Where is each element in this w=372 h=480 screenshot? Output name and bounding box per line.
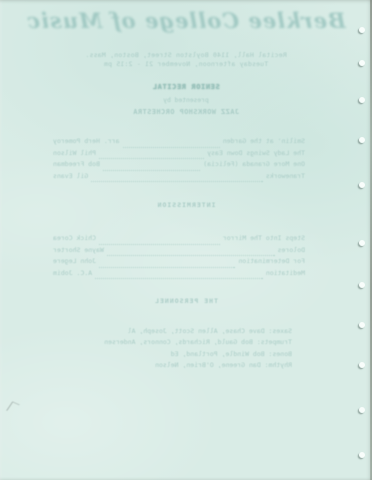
punch-hole — [359, 27, 365, 33]
masthead-bleedthrough: Berklee College of Music — [0, 9, 372, 33]
personnel-line: Rhythm: Dan Greene, O'Brien, Nelson — [82, 360, 292, 371]
punch-hole — [359, 322, 365, 328]
composer-name: Wayne Shorter — [53, 245, 104, 257]
piece-title: Steps Into The Mirror — [223, 233, 305, 245]
punch-hole — [359, 182, 365, 188]
title-line-3: JAZZ WORKSHOP ORCHESTRA — [0, 108, 372, 116]
program-row: Smilin' at the Garden arr. Herb Pomeroy — [53, 136, 305, 148]
title-line-2: presented by — [0, 97, 372, 104]
title-block: SENIOR RECITAL presented by JAZZ WORKSHO… — [0, 83, 372, 116]
program-second-half: Steps Into The Mirror Chick Corea Dolore… — [53, 233, 305, 279]
punch-hole — [359, 452, 365, 458]
program-first-half: Smilin' at the Garden arr. Herb Pomeroy … — [53, 136, 305, 182]
scanned-page: Berklee College of Music Recital Hall, 1… — [0, 0, 372, 480]
composer-name: Phil Wilson — [53, 148, 96, 160]
composer-name: John Legere — [53, 256, 96, 268]
personnel-block: Saxes: Dave Chase, Allen Scott, Joseph, … — [82, 326, 292, 372]
composer-name: Chick Corea — [53, 233, 96, 245]
personnel-line: Saxes: Dave Chase, Allen Scott, Joseph, … — [82, 326, 292, 337]
personnel-heading: THE PERSONNEL — [0, 297, 372, 305]
program-row: Traneworks Gil Evans — [53, 171, 305, 183]
piece-title: Traneworks — [266, 171, 305, 183]
piece-title: For Determination — [238, 256, 305, 268]
piece-title: Dolores — [278, 245, 305, 257]
program-row: Dolores Wayne Shorter — [53, 245, 305, 257]
punch-hole — [359, 240, 365, 246]
title-line-1: SENIOR RECITAL — [0, 83, 372, 91]
punch-hole — [359, 97, 365, 103]
personnel-line: Trumpets: Bob Gauld, Richards, Connors, … — [82, 337, 292, 348]
program-row: For Determination John Legere — [53, 256, 305, 268]
punch-hole — [359, 60, 365, 66]
punch-hole — [359, 362, 365, 368]
venue-block: Recital Hall, 1140 Boylston Street, Bost… — [0, 51, 372, 69]
piece-title: One More Granada (Felicia) — [203, 159, 305, 171]
program-row: One More Granada (Felicia) Bob Freedman — [53, 159, 305, 171]
punch-hole — [359, 137, 365, 143]
intermission-heading: INTERMISSION — [0, 201, 372, 209]
dot-leader — [99, 239, 220, 245]
composer-name: Gil Evans — [53, 171, 88, 183]
piece-title: The Lady Swings Down Easy — [207, 148, 305, 160]
dot-leader — [99, 154, 204, 160]
composer-name: arr. Herb Pomeroy — [53, 136, 120, 148]
composer-name: Bob Freedman — [53, 159, 100, 171]
dot-leader — [91, 177, 263, 183]
piece-title: Meditation — [266, 268, 305, 280]
dot-leader — [107, 251, 275, 257]
dot-leader — [95, 274, 263, 280]
piece-title: Smilin' at the Garden — [223, 136, 305, 148]
program-row: Meditation A.C. Jobim — [53, 268, 305, 280]
dot-leader — [99, 262, 235, 268]
punch-hole — [359, 282, 365, 288]
composer-name: A.C. Jobim — [53, 268, 92, 280]
venue-line-1: Recital Hall, 1140 Boylston Street, Bost… — [0, 51, 372, 60]
program-row: Steps Into The Mirror Chick Corea — [53, 233, 305, 245]
punch-hole — [359, 407, 365, 413]
personnel-line: Bones: Bob Windle, Portland, Ed — [82, 349, 292, 360]
bleedthrough-layer: Berklee College of Music Recital Hall, 1… — [0, 0, 372, 480]
dot-leader — [123, 142, 220, 148]
program-row: The Lady Swings Down Easy Phil Wilson — [53, 148, 305, 160]
dot-leader — [103, 165, 200, 171]
venue-line-2: Tuesday afternoon, November 21 - 2:15 pm — [0, 60, 372, 69]
